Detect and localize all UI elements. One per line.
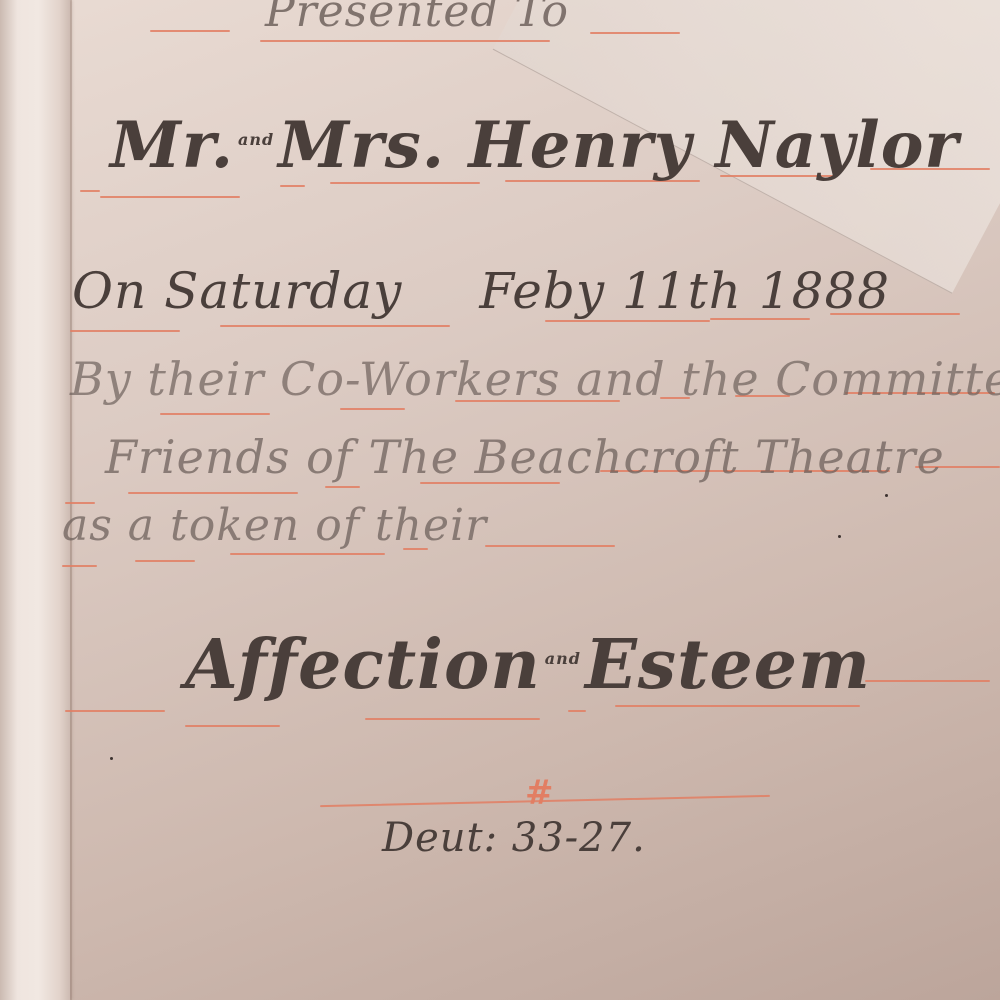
recipient-mrs-name: Mrs. Henry Naylor [278,108,959,183]
token-line: as a token of their [62,500,487,551]
rule-line [325,486,360,488]
rule-line [220,325,450,327]
ink-speck [885,494,888,497]
by-line: By their Co-Workers and the Committee [70,352,1000,406]
rule-line [340,408,405,410]
rule-line [590,32,680,34]
recipient-mr: Mr. [110,108,234,183]
recipients-line: Mr.andMrs. Henry Naylor [110,108,959,183]
sentiment-line: AffectionandEsteem [185,625,871,705]
rule-line [160,413,270,415]
presentation-date: Feby 11th 1888 [479,262,890,320]
rule-line [150,30,230,32]
date-prefix: On Saturday [72,262,402,320]
date-line: On Saturday Feby 11th 1888 [72,262,890,320]
rule-line [865,680,990,682]
rule-line [280,185,305,187]
friends-line: Friends of The Beachcroft Theatre [105,430,945,484]
rule-line [70,330,180,332]
rule-line [135,560,195,562]
rule-line [545,320,710,322]
sentiment-and: and [545,649,581,668]
rule-line [128,492,298,494]
page-binding [0,0,70,1000]
rule-line [568,710,586,712]
rule-line [230,553,385,555]
sentiment-esteem: Esteem [585,625,871,705]
divider-mark: # [525,773,554,813]
recipient-and: and [238,130,274,149]
ink-speck [110,757,113,760]
rule-line [485,545,615,547]
rule-line [65,710,165,712]
rule-line [80,190,100,192]
rule-line [615,705,860,707]
heading-presented: Presented To [265,0,569,37]
sentiment-affection: Affection [185,625,541,705]
rule-line [185,725,280,727]
document-photo: Presented To Mr.andMrs. Henry Naylor On … [0,0,1000,1000]
ink-speck [838,535,841,538]
rule-line [260,40,550,42]
rule-line [100,196,240,198]
rule-line [62,565,97,567]
rule-line [365,718,540,720]
scripture-reference: Deut: 33-27. [382,815,646,861]
